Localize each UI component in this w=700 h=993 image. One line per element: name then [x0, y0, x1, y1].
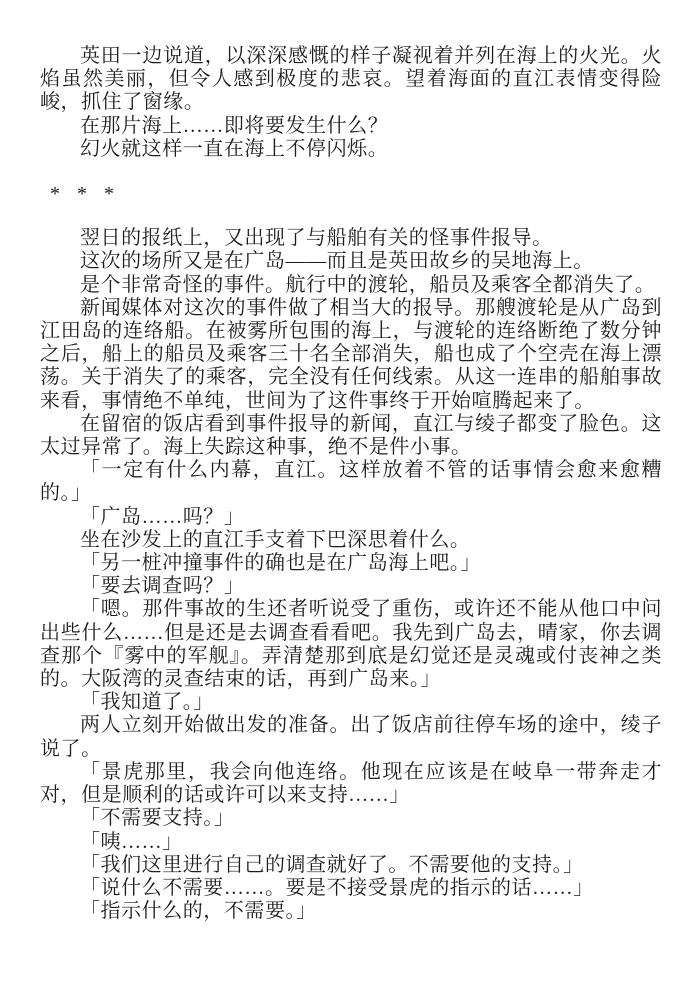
- paragraph: 「说什么不需要……。要是不接受景虎的指示的话……」: [40, 877, 662, 900]
- paragraph: 「我知道了。」: [40, 691, 662, 714]
- paragraph: 幻火就这样一直在海上不停闪烁。: [40, 138, 662, 161]
- paragraph: 「景虎那里，我会向他连络。他现在应该是在岐阜一带奔走才对，但是顺利的话或许可以来…: [40, 761, 662, 807]
- paragraph: 新闻媒体对这次的事件做了相当大的报导。那艘渡轮是从广岛到江田岛的连络船。在被雾所…: [40, 297, 662, 413]
- paragraph: 「广岛……吗？」: [40, 506, 662, 529]
- paragraph: 两人立刻开始做出发的准备。出了饭店前往停车场的途中，绫子说了。: [40, 714, 662, 760]
- paragraph: 坐在沙发上的直江手支着下巴深思着什么。: [40, 529, 662, 552]
- paragraph: 「要去调查吗？」: [40, 575, 662, 598]
- paragraph: 「另一桩冲撞事件的确也是在广岛海上吧。」: [40, 552, 662, 575]
- book-page: 英田一边说道，以深深感慨的样子凝视着并列在海上的火光。火焰虽然美丽，但令人感到极…: [0, 0, 700, 993]
- paragraph: 在留宿的饭店看到事件报导的新闻，直江与绫子都变了脸色。这太过异常了。海上失踪这种…: [40, 413, 662, 459]
- novel-text: 英田一边说道，以深深感慨的样子凝视着并列在海上的火光。火焰虽然美丽，但令人感到极…: [40, 45, 662, 923]
- paragraph: 「一定有什么内幕，直江。这样放着不管的话事情会愈来愈糟的。」: [40, 459, 662, 505]
- paragraph: 「咦……」: [40, 831, 662, 854]
- paragraph: 这次的场所又是在广岛——而且是英田故乡的吴地海上。: [40, 250, 662, 273]
- paragraph: 「不需要支持。」: [40, 807, 662, 830]
- paragraph: 英田一边说道，以深深感慨的样子凝视着并列在海上的火光。火焰虽然美丽，但令人感到极…: [40, 45, 662, 115]
- paragraph: 「我们这里进行自己的调查就好了。不需要他的支持。」: [40, 854, 662, 877]
- paragraph: 翌日的报纸上，又出现了与船舶有关的怪事件报导。: [40, 227, 662, 250]
- paragraph: 「嗯。那件事故的生还者听说受了重伤，或许还不能从他口中问出些什么……但是还是去调…: [40, 598, 662, 691]
- paragraph: 在那片海上……即将要发生什么？: [40, 115, 662, 138]
- paragraph: 是个非常奇怪的事件。航行中的渡轮，船员及乘客全都消失了。: [40, 274, 662, 297]
- paragraph: 「指示什么的，不需要。」: [40, 900, 662, 923]
- section-divider: * * *: [40, 183, 662, 206]
